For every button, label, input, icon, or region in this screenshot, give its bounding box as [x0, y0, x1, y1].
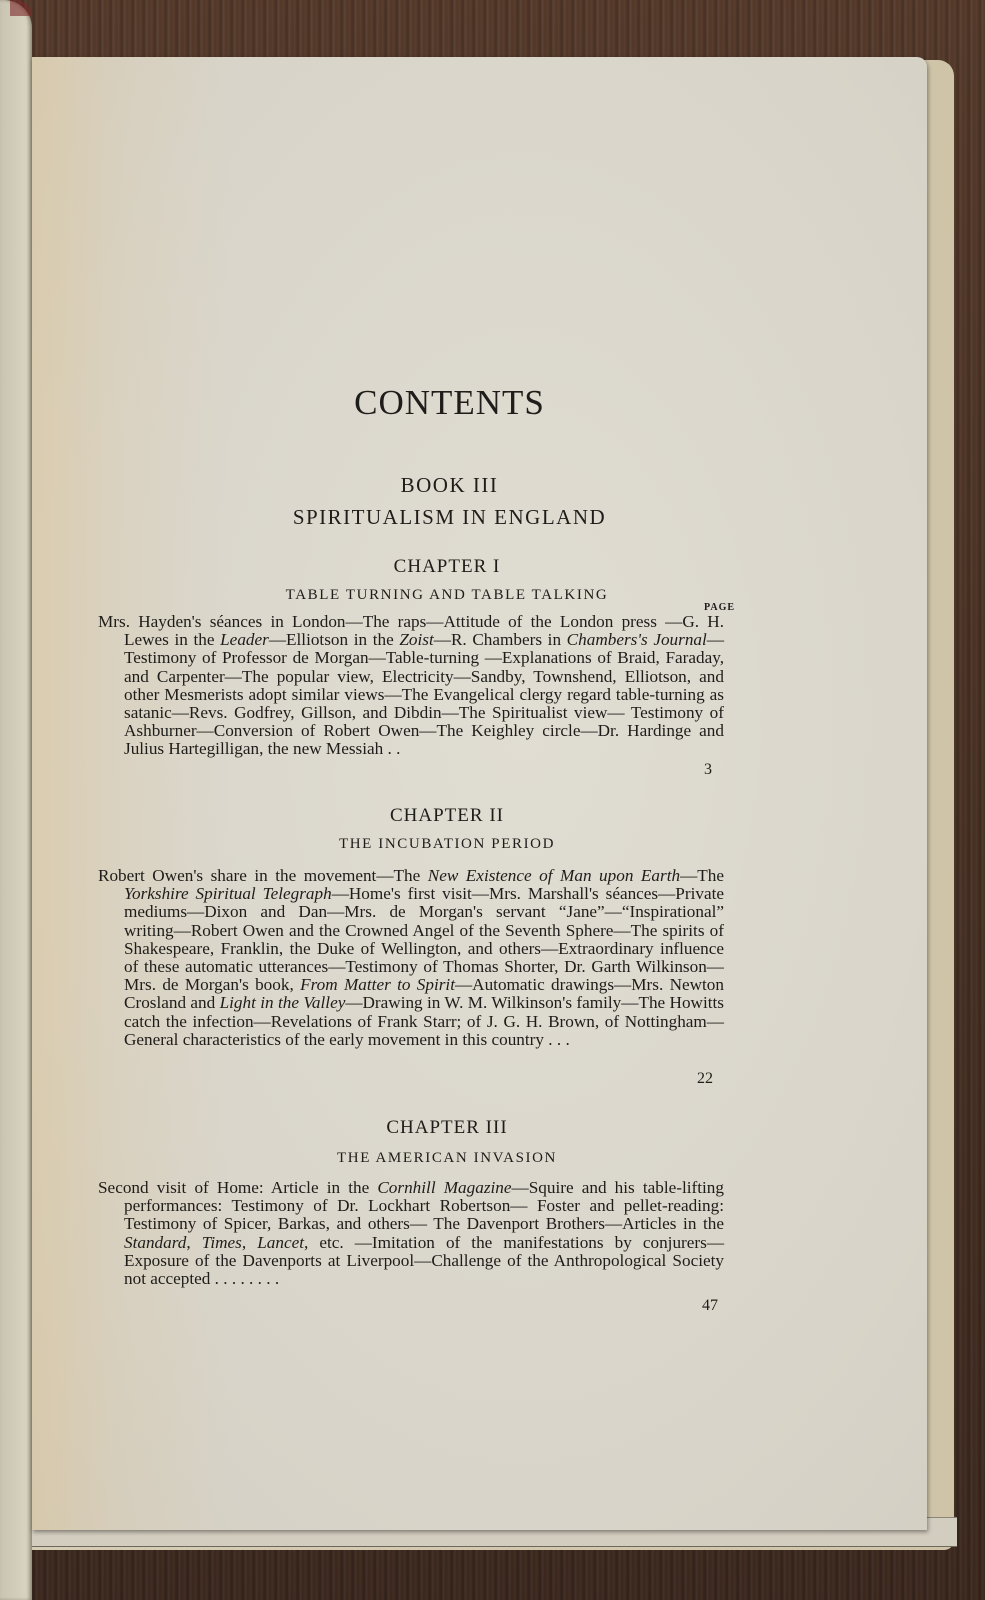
chapter-1-summary: Mrs. Hayden's séances in London—The raps… [98, 613, 724, 759]
chapter-2-title: THE INCUBATION PERIOD [32, 836, 862, 853]
leader-dots: . . [388, 739, 401, 758]
chapter-1-label: CHAPTER I [32, 556, 862, 578]
leader-dots: . . . . . . . . [215, 1269, 279, 1288]
chapter-3-label: CHAPTER III [32, 1117, 862, 1139]
chapter-2-page-number: 22 [697, 1070, 713, 1088]
page-title: CONTENTS [32, 383, 867, 423]
chapter-1-page-number: 3 [704, 761, 712, 779]
book-title: SPIRITUALISM IN ENGLAND [32, 505, 867, 530]
leader-dots: . . . [548, 1030, 569, 1049]
chapter-2-summary: Robert Owen's share in the movement—The … [98, 867, 724, 1049]
chapter-3-title: THE AMERICAN INVASION [32, 1150, 862, 1167]
chapter-3-summary: Second visit of Home: Article in the Cor… [98, 1179, 724, 1288]
facing-page-edge [0, 0, 32, 1600]
contents-body: CONTENTS BOOK III SPIRITUALISM IN ENGLAN… [32, 57, 927, 1530]
book-label: BOOK III [32, 473, 867, 498]
chapter-3-page-number: 47 [702, 1297, 718, 1315]
italic-title: Leader [220, 630, 269, 649]
chapter-1-title: TABLE TURNING AND TABLE TALKING [32, 587, 862, 604]
contents-page: CONTENTS BOOK III SPIRITUALISM IN ENGLAN… [32, 57, 927, 1530]
chapter-2-label: CHAPTER II [32, 805, 862, 827]
